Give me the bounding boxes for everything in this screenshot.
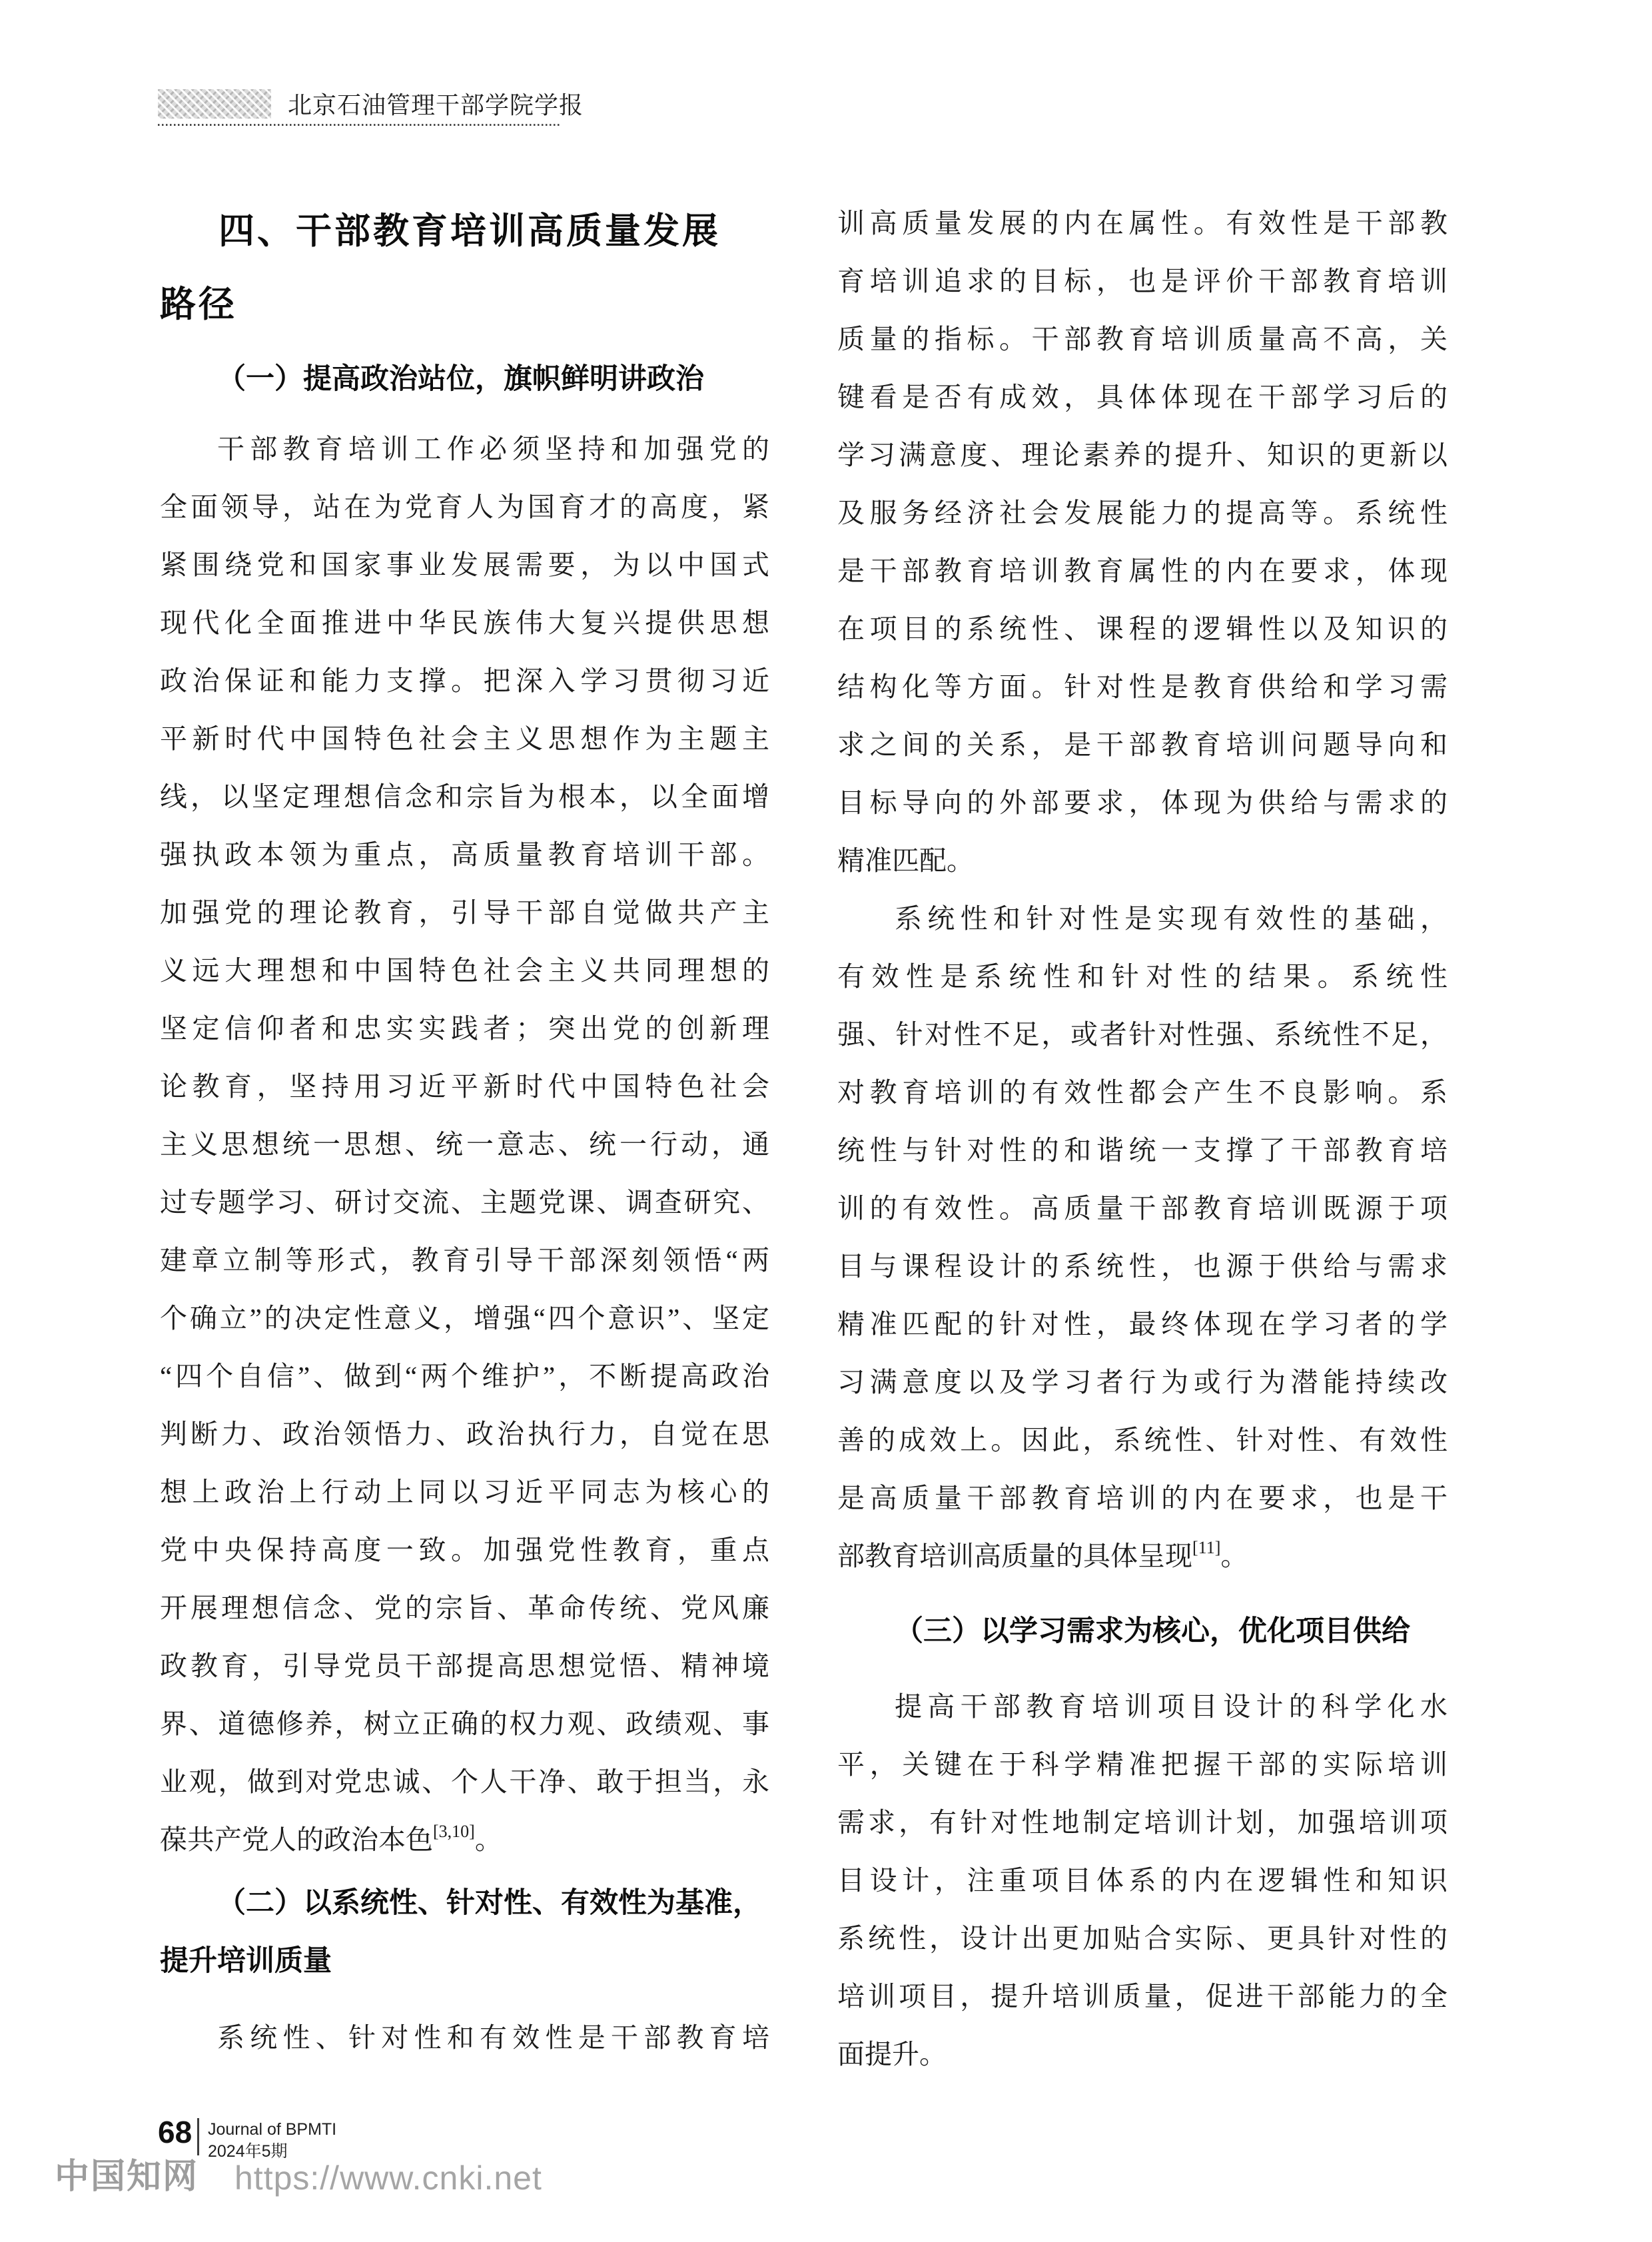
text-line: 系统性、针对性和有效性是干部教育培 xyxy=(160,2009,769,2067)
text-line: 业观，做到对党忠诚、个人干净、敢于担当，永 xyxy=(160,1753,769,1811)
text-line: 开展理想信念、党的宗旨、革命传统、党风廉 xyxy=(160,1579,769,1637)
text-line: 是高质量干部教育培训的内在要求，也是干 xyxy=(837,1469,1447,1527)
page-number: 68 xyxy=(158,2117,192,2147)
text-line: 义远大理想和中国特色社会主义共同理想的 xyxy=(160,942,769,1000)
text-line: 个确立”的决定性意义，增强“四个意识”、坚定 xyxy=(160,1290,769,1347)
text-line: （一）提高政治站位，旗帜鲜明讲政治 xyxy=(160,350,769,408)
text-line: 现代化全面推进中华民族伟大复兴提供思想 xyxy=(160,594,769,652)
text-line: 全面领导，站在为党育人为国育才的高度，紧 xyxy=(160,478,769,536)
text-line: 系统性，设计出更加贴合实际、更具针对性的 xyxy=(837,1910,1447,1968)
text-line: 面提升。 xyxy=(837,2026,1447,2083)
text-line: 论教育，坚持用习近平新时代中国特色社会 xyxy=(160,1058,769,1116)
text-line: 想上政治上行动上同以习近平同志为核心的 xyxy=(160,1463,769,1521)
journal-page: 北京石油管理干部学院学报 四、干部教育培训高质量发展路径（一）提高政治站位，旗帜… xyxy=(0,0,1652,2242)
text-line: 善的成效上。因此，系统性、针对性、有效性 xyxy=(837,1411,1447,1469)
text-line: 训高质量发展的内在属性。有效性是干部教 xyxy=(837,194,1447,252)
text-line: 主义思想统一思想、统一意志、统一行动，通 xyxy=(160,1116,769,1174)
text-line: 政教育，引导党员干部提高思想觉悟、精神境 xyxy=(160,1637,769,1695)
text-line: （二）以系统性、针对性、有效性为基准， xyxy=(160,1874,769,1932)
text-line: 结构化等方面。针对性是教育供给和学习需 xyxy=(837,658,1447,716)
paragraph: 系统性、针对性和有效性是干部教育培 xyxy=(160,2009,769,2067)
text-line: 精准匹配。 xyxy=(837,832,1447,890)
paragraph: 提高干部教育培训项目设计的科学化水平，关键在于科学精准把握干部的实际培训需求，有… xyxy=(837,1678,1447,2083)
right-column: 训高质量发展的内在属性。有效性是干部教育培训追求的目标，也是评价干部教育培训质量… xyxy=(837,194,1447,2083)
text-line: 过专题学习、研讨交流、主题党课、调查研究、 xyxy=(160,1174,769,1232)
text-line: 求之间的关系，是干部教育培训问题导向和 xyxy=(837,716,1447,774)
text-line: 习满意度以及学习者行为或行为潜能持续改 xyxy=(837,1353,1447,1411)
text-line: 界、道德修养，树立正确的权力观、政绩观、事 xyxy=(160,1695,769,1753)
text-line: （三）以学习需求为核心，优化项目供给 xyxy=(837,1603,1447,1661)
text-line: 路径 xyxy=(160,268,769,341)
text-line: 政治保证和能力支撑。把深入学习贯彻习近 xyxy=(160,652,769,710)
text-line: 培训项目，提升培训质量，促进干部能力的全 xyxy=(837,1968,1447,2026)
text-line: 键看是否有成效，具体体现在干部学习后的 xyxy=(837,368,1447,426)
text-line: 质量的指标。干部教育培训质量高不高，关 xyxy=(837,310,1447,368)
sub-heading: （三）以学习需求为核心，优化项目供给 xyxy=(837,1603,1447,1661)
text-line: 在项目的系统性、课程的逻辑性以及知识的 xyxy=(837,600,1447,658)
citation-reference: [3,10] xyxy=(433,1822,475,1841)
text-line: 干部教育培训工作必须坚持和加强党的 xyxy=(160,420,769,478)
paragraph: 训高质量发展的内在属性。有效性是干部教育培训追求的目标，也是评价干部教育培训质量… xyxy=(837,194,1447,890)
issue-info: Journal of BPMTI 2024年5期 xyxy=(208,2119,336,2163)
text-line: 党中央保持高度一致。加强党性教育，重点 xyxy=(160,1521,769,1579)
text-line: 提升培训质量 xyxy=(160,1932,769,1990)
text-line: 目与课程设计的系统性，也源于供给与需求 xyxy=(837,1238,1447,1296)
left-column: 四、干部教育培训高质量发展路径（一）提高政治站位，旗帜鲜明讲政治干部教育培训工作… xyxy=(160,194,769,2067)
text-line: 育培训追求的目标，也是评价干部教育培训 xyxy=(837,252,1447,310)
text-line: 加强党的理论教育，引导干部自觉做共产主 xyxy=(160,884,769,942)
text-line: “四个自信”、做到“两个维护”，不断提高政治 xyxy=(160,1347,769,1405)
sub-heading: （一）提高政治站位，旗帜鲜明讲政治 xyxy=(160,350,769,408)
paragraph: 系统性和针对性是实现有效性的基础，有效性是系统性和针对性的结果。系统性强、针对性… xyxy=(837,890,1447,1585)
header-pattern-block xyxy=(158,89,271,119)
text-line: 对教育培训的有效性都会产生不良影响。系 xyxy=(837,1064,1447,1122)
text-line: 判断力、政治领悟力、政治执行力，自觉在思 xyxy=(160,1405,769,1463)
text-line: 部教育培训高质量的具体呈现[11]。 xyxy=(837,1527,1447,1585)
text-line: 是干部教育培训教育属性的内在要求，体现 xyxy=(837,542,1447,600)
text-line: 精准匹配的针对性，最终体现在学习者的学 xyxy=(837,1296,1447,1353)
citation-reference: [11] xyxy=(1192,1538,1220,1557)
text-line: 坚定信仰者和忠实实践者；突出党的创新理 xyxy=(160,1000,769,1058)
paragraph: 干部教育培训工作必须坚持和加强党的全面领导，站在为党育人为国育才的高度，紧紧围绕… xyxy=(160,420,769,1869)
section-heading: 四、干部教育培训高质量发展路径 xyxy=(160,194,769,341)
text-line: 紧围绕党和国家事业发展需要，为以中国式 xyxy=(160,536,769,594)
text-line: 需求，有针对性地制定培训计划，加强培训项 xyxy=(837,1794,1447,1852)
text-line: 及服务经济社会发展能力的提高等。系统性 xyxy=(837,484,1447,542)
text-line: 平，关键在于科学精准把握干部的实际培训 xyxy=(837,1736,1447,1794)
text-line: 四、干部教育培训高质量发展 xyxy=(160,194,769,268)
text-line: 强执政本领为重点，高质量教育培训干部。 xyxy=(160,826,769,884)
header-divider-dotted-line xyxy=(158,124,560,126)
text-line: 系统性和针对性是实现有效性的基础， xyxy=(837,890,1447,948)
text-line: 葆共产党人的政治本色[3,10]。 xyxy=(160,1811,769,1869)
cnki-watermark-logo-text: 中国知网 xyxy=(55,2158,199,2195)
text-line: 平新时代中国特色社会主义思想作为主题主 xyxy=(160,710,769,768)
footer-divider xyxy=(197,2118,199,2155)
text-line: 线，以坚定理想信念和宗旨为根本，以全面增 xyxy=(160,768,769,826)
cnki-watermark-url: https://www.cnki.net xyxy=(234,2159,542,2197)
text-line: 建章立制等形式，教育引导干部深刻领悟“两 xyxy=(160,1232,769,1290)
text-line: 目标导向的外部要求，体现为供给与需求的 xyxy=(837,774,1447,832)
text-line: 训的有效性。高质量干部教育培训既源于项 xyxy=(837,1180,1447,1238)
text-line: 提高干部教育培训项目设计的科学化水 xyxy=(837,1678,1447,1736)
text-line: 强、针对性不足，或者针对性强、系统性不足， xyxy=(837,1006,1447,1064)
journal-title: 北京石油管理干部学院学报 xyxy=(288,92,584,119)
journal-name-en: Journal of BPMTI xyxy=(208,2119,336,2141)
text-line: 统性与针对性的和谐统一支撑了干部教育培 xyxy=(837,1122,1447,1180)
text-line: 有效性是系统性和针对性的结果。系统性 xyxy=(837,948,1447,1006)
text-line: 学习满意度、理论素养的提升、知识的更新以 xyxy=(837,426,1447,484)
text-line: 目设计，注重项目体系的内在逻辑性和知识 xyxy=(837,1852,1447,1910)
sub-heading: （二）以系统性、针对性、有效性为基准，提升培训质量 xyxy=(160,1874,769,1990)
